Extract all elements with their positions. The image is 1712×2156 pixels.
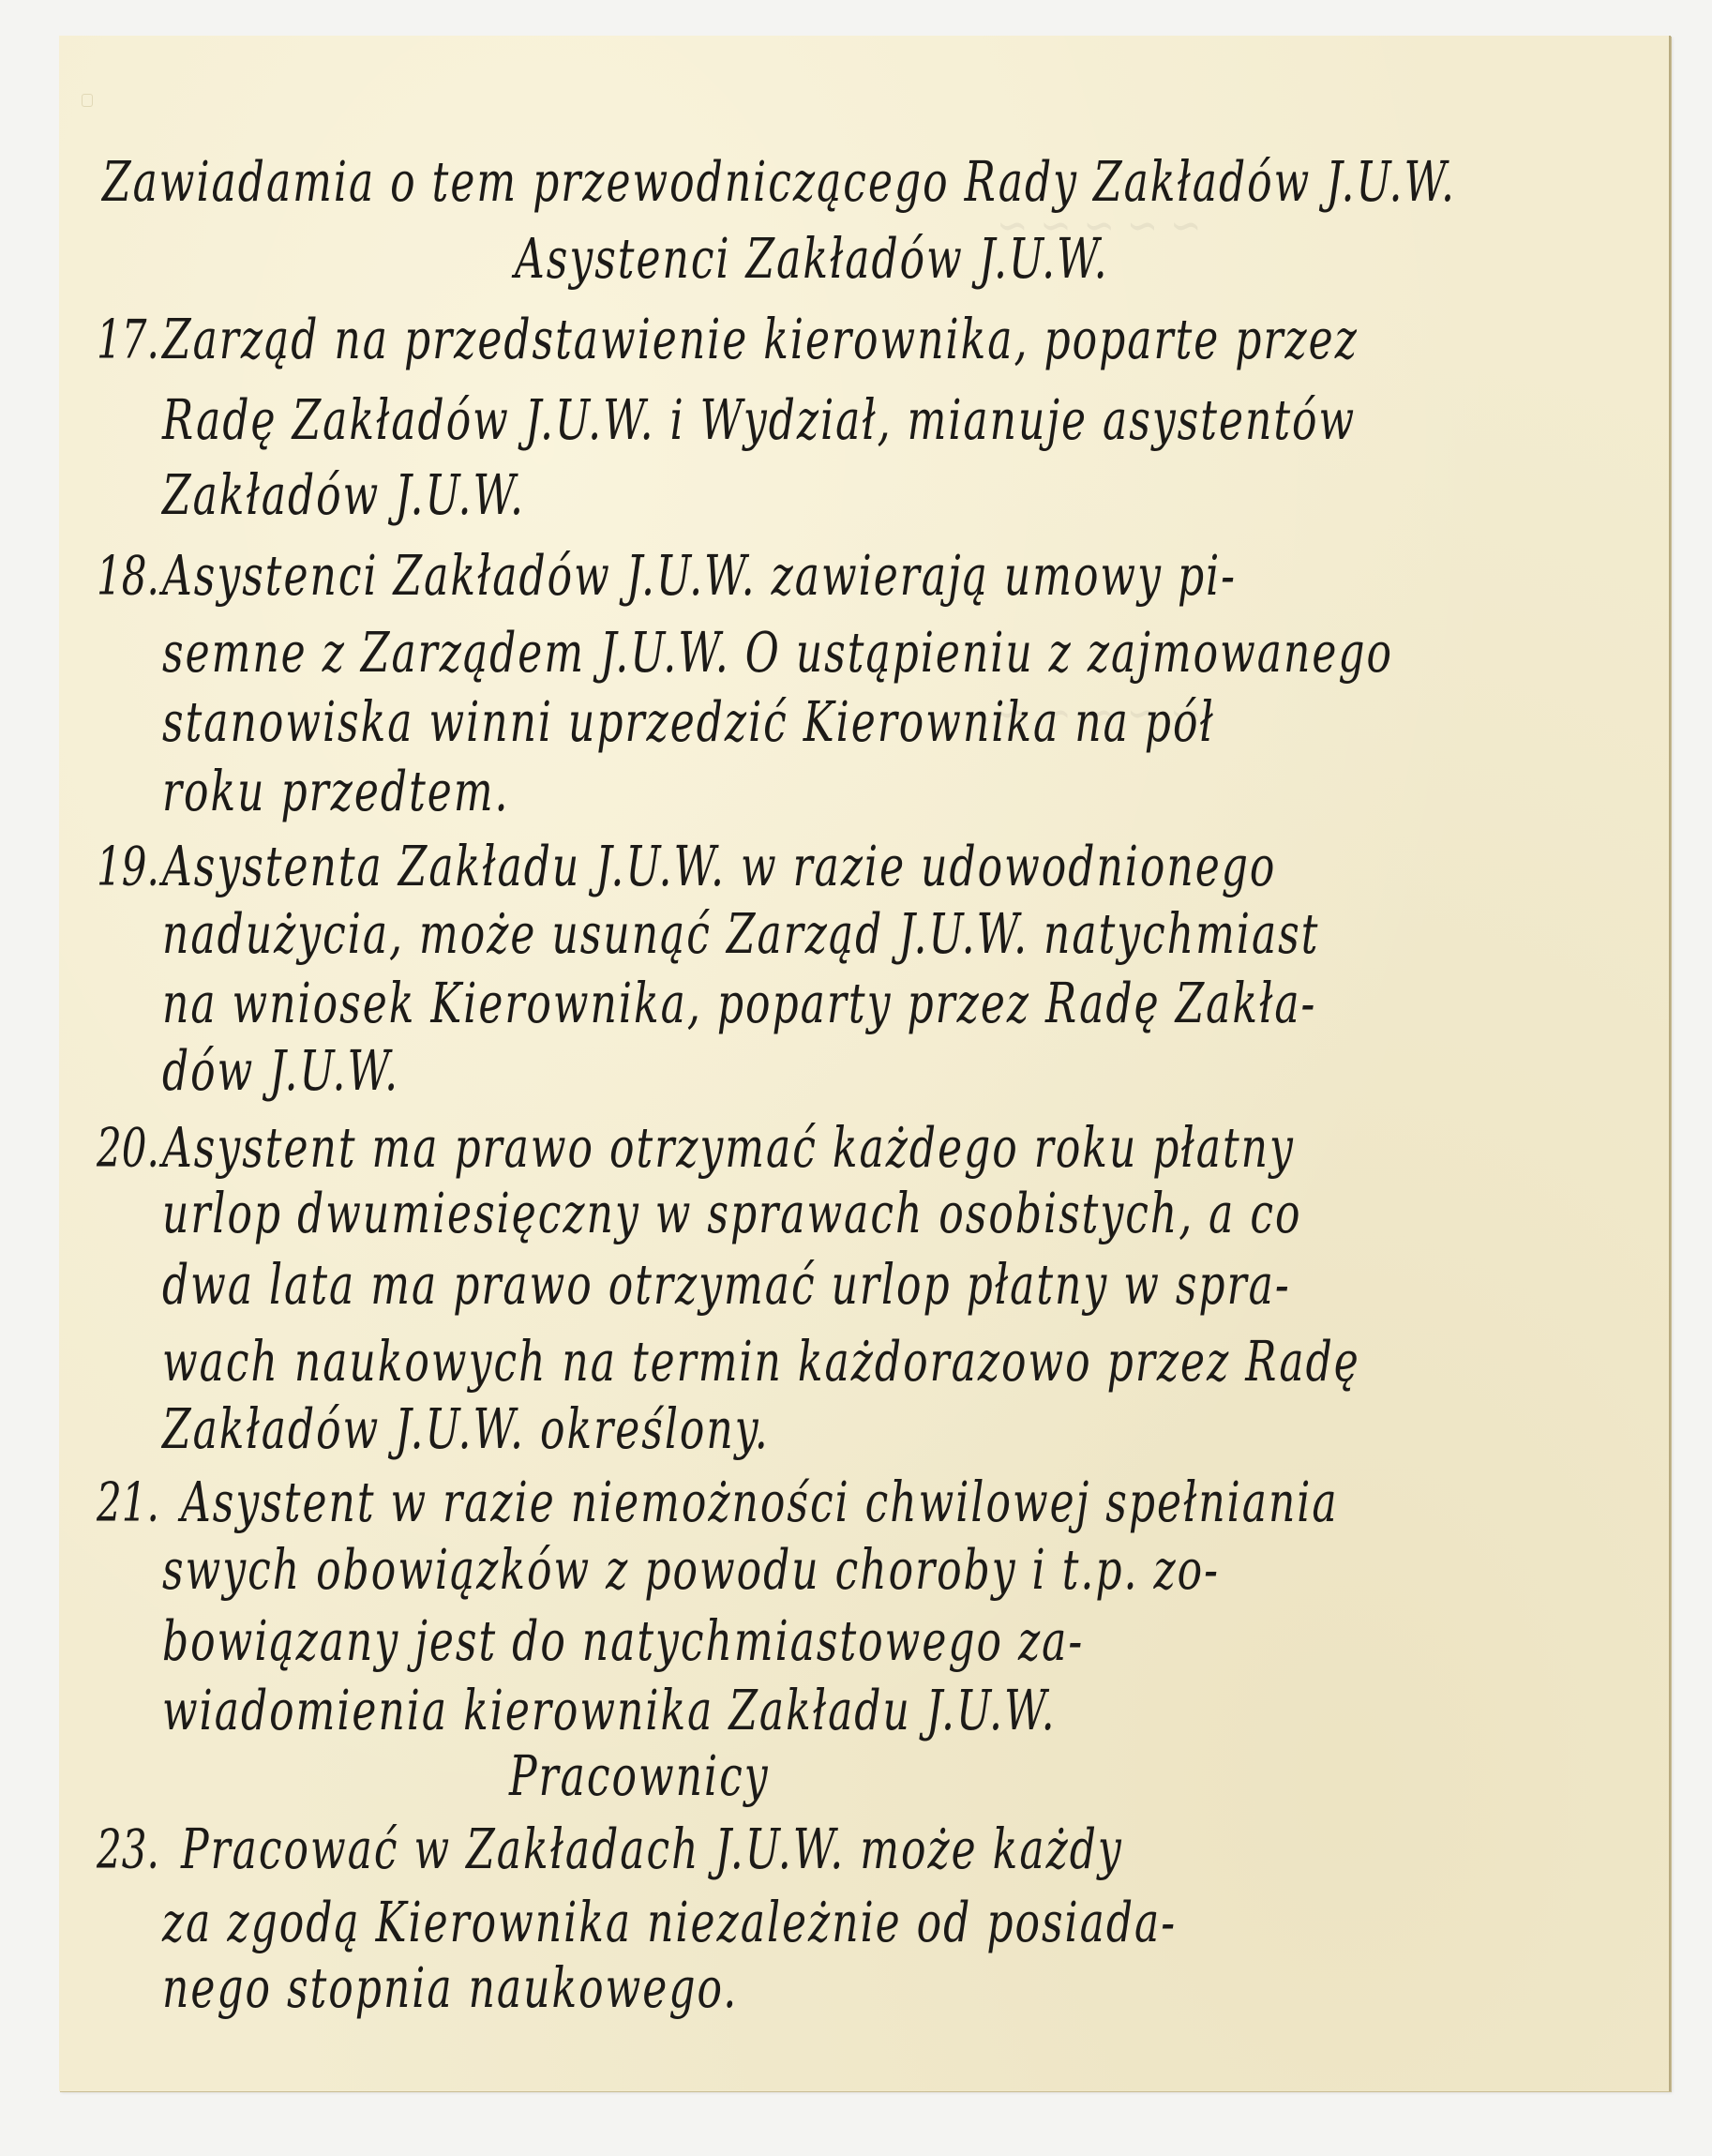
section-number-21: 21. xyxy=(97,1471,159,1533)
heading-line-1: Zawiadamia o tem przewodniczącego Rady Z… xyxy=(102,150,1456,215)
section-18-line-2: semne z Zarządem J.U.W. O ustąpieniu z z… xyxy=(162,621,1393,686)
section-20-line-2: urlop dwumiesięczny w sprawach osobistyc… xyxy=(162,1182,1302,1246)
section-23-line-3: nego stopnia naukowego. xyxy=(162,1956,738,2021)
manuscript-page: ~ ~ ~ ~ ~ ~ ~ ~ ~ ~ Zawiadamia o tem prz… xyxy=(59,36,1671,2091)
section-18-line-3: stanowiska winni uprzedzić Kierownika na… xyxy=(162,690,1215,755)
section-19-line-3: na wniosek Kierownika, poparty przez Rad… xyxy=(162,972,1316,1036)
section-23-line-2: za zgodą Kierownika niezależnie od posia… xyxy=(162,1891,1177,1955)
section-19-line-2: nadużycia, może usunąć Zarząd J.U.W. nat… xyxy=(162,902,1319,967)
section-19-line-1: Asystenta Zakładu J.U.W. w razie udowodn… xyxy=(162,835,1276,899)
section-20-line-1: Asystent ma prawo otrzymać każdego roku … xyxy=(162,1116,1295,1181)
heading-line-2: Asystenci Zakładów J.U.W. xyxy=(515,227,1109,292)
section-23-line-1: Pracować w Zakładach J.U.W. może każdy xyxy=(181,1817,1123,1882)
punch-mark xyxy=(82,94,93,107)
section-18-line-1: Asystenci Zakładów J.U.W. zawierają umow… xyxy=(162,544,1237,609)
section-number-17: 17. xyxy=(97,309,159,370)
section-17-line-1: Zarząd na przedstawienie kierownika, pop… xyxy=(162,308,1359,372)
section-20-line-4: wach naukowych na termin każdorazowo prz… xyxy=(162,1330,1360,1395)
subheading-pracownicy: Pracownicy xyxy=(509,1744,770,1809)
section-19-line-4: dów J.U.W. xyxy=(162,1039,399,1104)
section-number-23: 23. xyxy=(97,1818,159,1880)
section-20-line-5: Zakładów J.U.W. określony. xyxy=(162,1397,770,1462)
section-17-line-2: Radę Zakładów J.U.W. i Wydział, mianuje … xyxy=(162,388,1356,453)
section-17-line-3: Zakładów J.U.W. xyxy=(162,463,525,528)
section-21-line-2: swych obowiązków z powodu choroby i t.p.… xyxy=(162,1538,1220,1603)
section-21-line-4: wiadomienia kierownika Zakładu J.U.W. xyxy=(162,1679,1057,1743)
section-18-line-4: roku przedtem. xyxy=(162,760,510,824)
section-21-line-3: bowiązany jest do natychmiastowego za- xyxy=(162,1609,1084,1674)
section-number-18: 18. xyxy=(97,545,159,607)
section-number-20: 20. xyxy=(97,1117,159,1179)
section-number-19: 19. xyxy=(97,836,159,897)
section-20-line-3: dwa lata ma prawo otrzymać urlop płatny … xyxy=(162,1253,1291,1318)
section-21-line-1: Asystent w razie niemożności chwilowej s… xyxy=(181,1470,1339,1535)
